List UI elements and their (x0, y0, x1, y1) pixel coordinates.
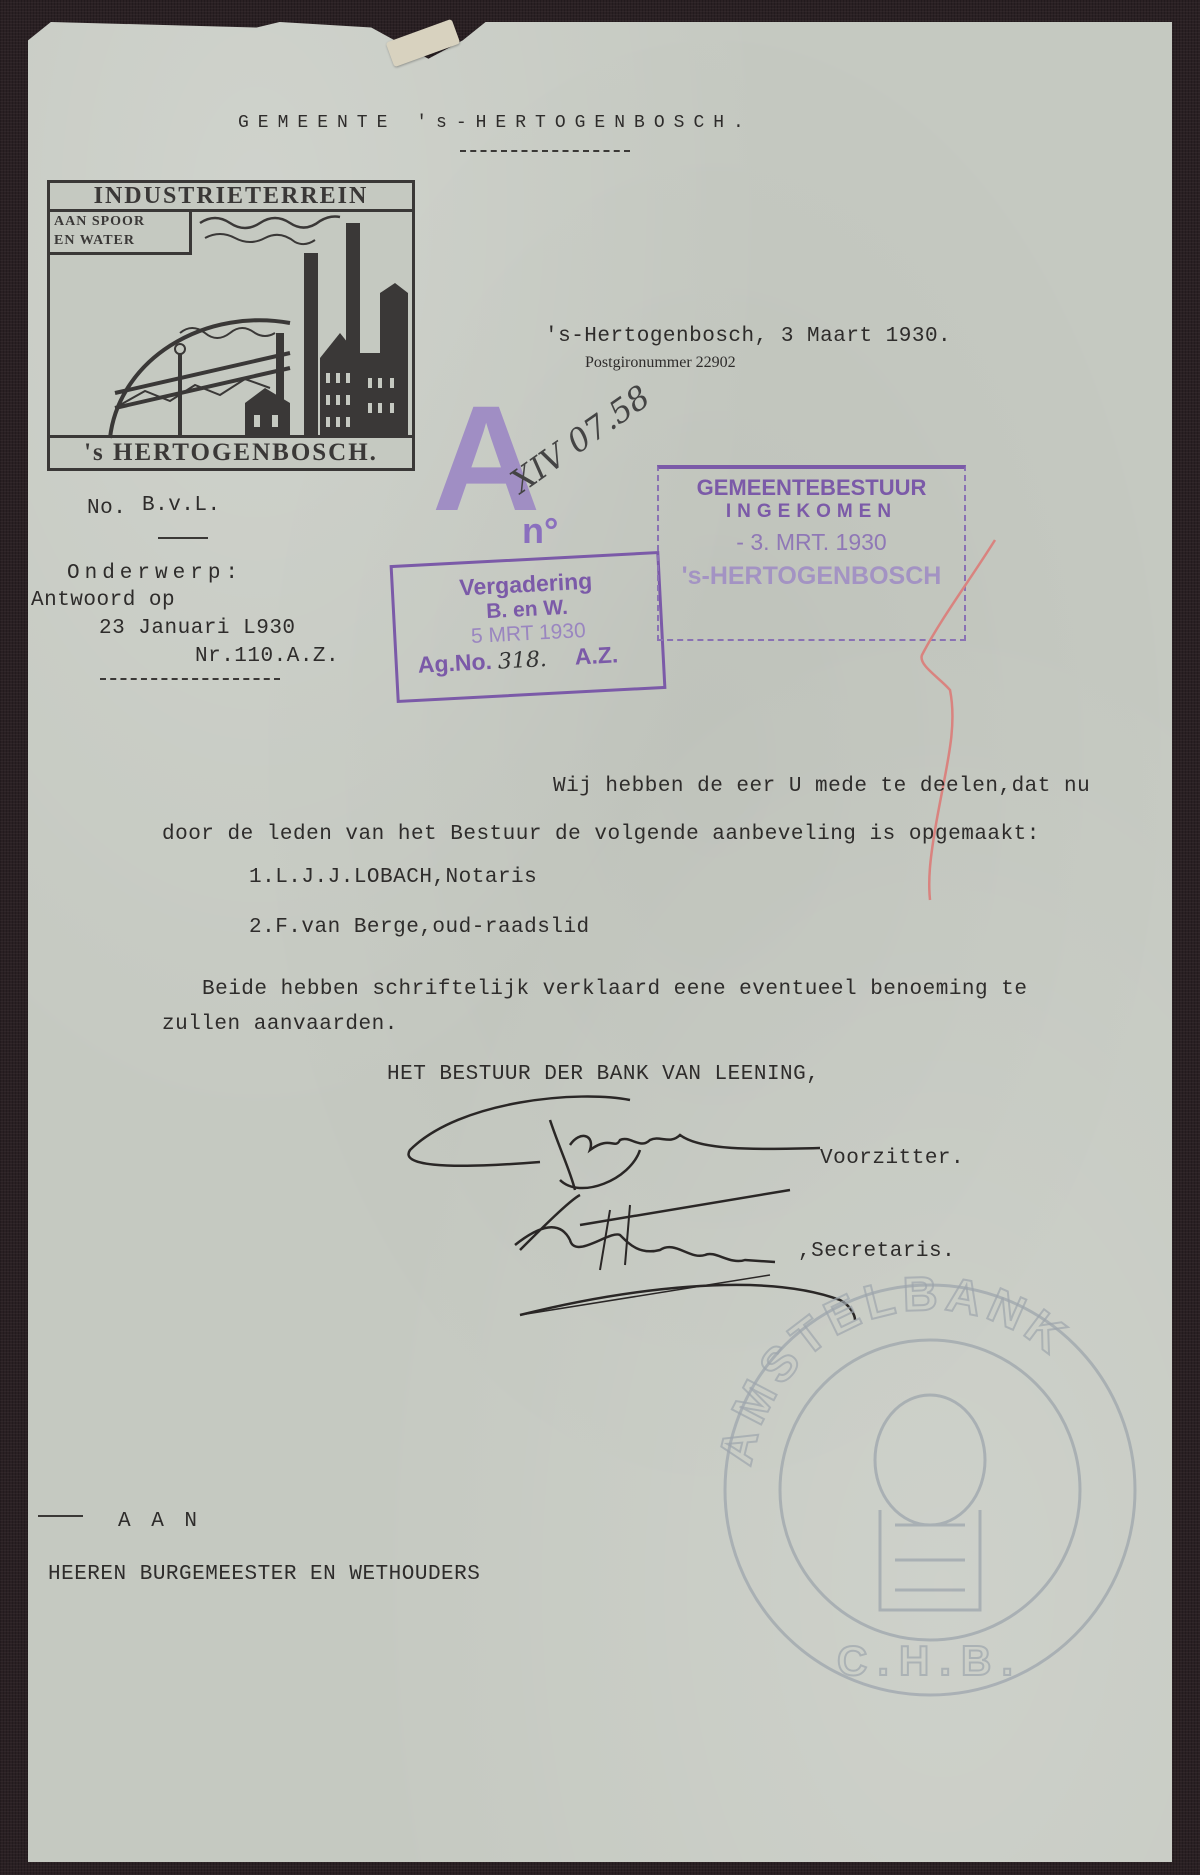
body-paragraph-2-line-1: Beide hebben schriftelijk verklaard eene… (202, 978, 1027, 1001)
stamp-vergadering: Vergadering B. en W. 5 MRT 1930 Ag.No.31… (390, 551, 667, 703)
agenda-number-label: Ag.No. (417, 648, 492, 678)
number-underline (158, 537, 208, 539)
subject-label: Onderwerp: (67, 562, 243, 585)
factory-illustration-icon (50, 183, 412, 468)
subject-line-3: Nr.110.A.Z. (195, 645, 339, 668)
municipality-heading: GEMEENTE 's-HERTOGENBOSCH. (238, 113, 753, 133)
stamp-number-suffix: n° (522, 510, 558, 552)
body-paragraph-1-line-1: Wij hebben de eer U mede te deelen,dat n… (553, 775, 1090, 798)
body-paragraph-2-line-2: zullen aanvaarden. (162, 1013, 398, 1036)
nominee-1: 1.L.J.J.LOBACH,Notaris (249, 866, 537, 889)
addressee-name: HEEREN BURGEMEESTER EN WETHOUDERS (48, 1563, 480, 1586)
chair-title: Voorzitter. (820, 1147, 964, 1170)
subject-underline (100, 678, 280, 680)
closing-organization: HET BESTUUR DER BANK VAN LEENING, (387, 1063, 819, 1086)
stamp-gem-title: GEMEENTEBESTUUR (659, 475, 964, 501)
agenda-number-value: 318. (497, 647, 547, 675)
svg-text:C.H.B.: C.H.B. (837, 1637, 1023, 1684)
secretary-title: ,Secretaris. (798, 1240, 955, 1263)
postgiro-number: Postgironummer 22902 (585, 354, 736, 372)
heading-underline (460, 150, 630, 152)
place-date: 's-Hertogenbosch, 3 Maart 1930. (545, 325, 951, 348)
agenda-suffix: A.Z. (574, 641, 619, 669)
stamp-gem-received: INGEKOMEN (659, 501, 964, 523)
industrieterrein-logo: INDUSTRIETERREIN AAN SPOOR EN WATER (47, 180, 415, 471)
embossed-seal-icon: AMSTELBANK C.H.B. (710, 1270, 1150, 1710)
addressee-dash (38, 1515, 83, 1517)
svg-text:Krijgsman: Krijgsman (574, 1164, 581, 1166)
subject-line-1: Antwoord op (31, 589, 175, 612)
body-paragraph-1-line-2: door de leden van het Bestuur de volgend… (162, 823, 1040, 846)
addressee-label: A A N (118, 1510, 201, 1533)
red-pencil-mark-icon (900, 530, 1020, 910)
number-label: No. (87, 497, 126, 520)
subject-line-2: 23 Januari L930 (99, 617, 296, 640)
svg-text:AMSTELBANK: AMSTELBANK (710, 1270, 1079, 1470)
number-value: B.v.L. (142, 494, 221, 517)
nominee-2: 2.F.van Berge,oud-raadslid (249, 916, 590, 939)
logo-bottom-band: 's HERTOGENBOSCH. (50, 435, 412, 468)
